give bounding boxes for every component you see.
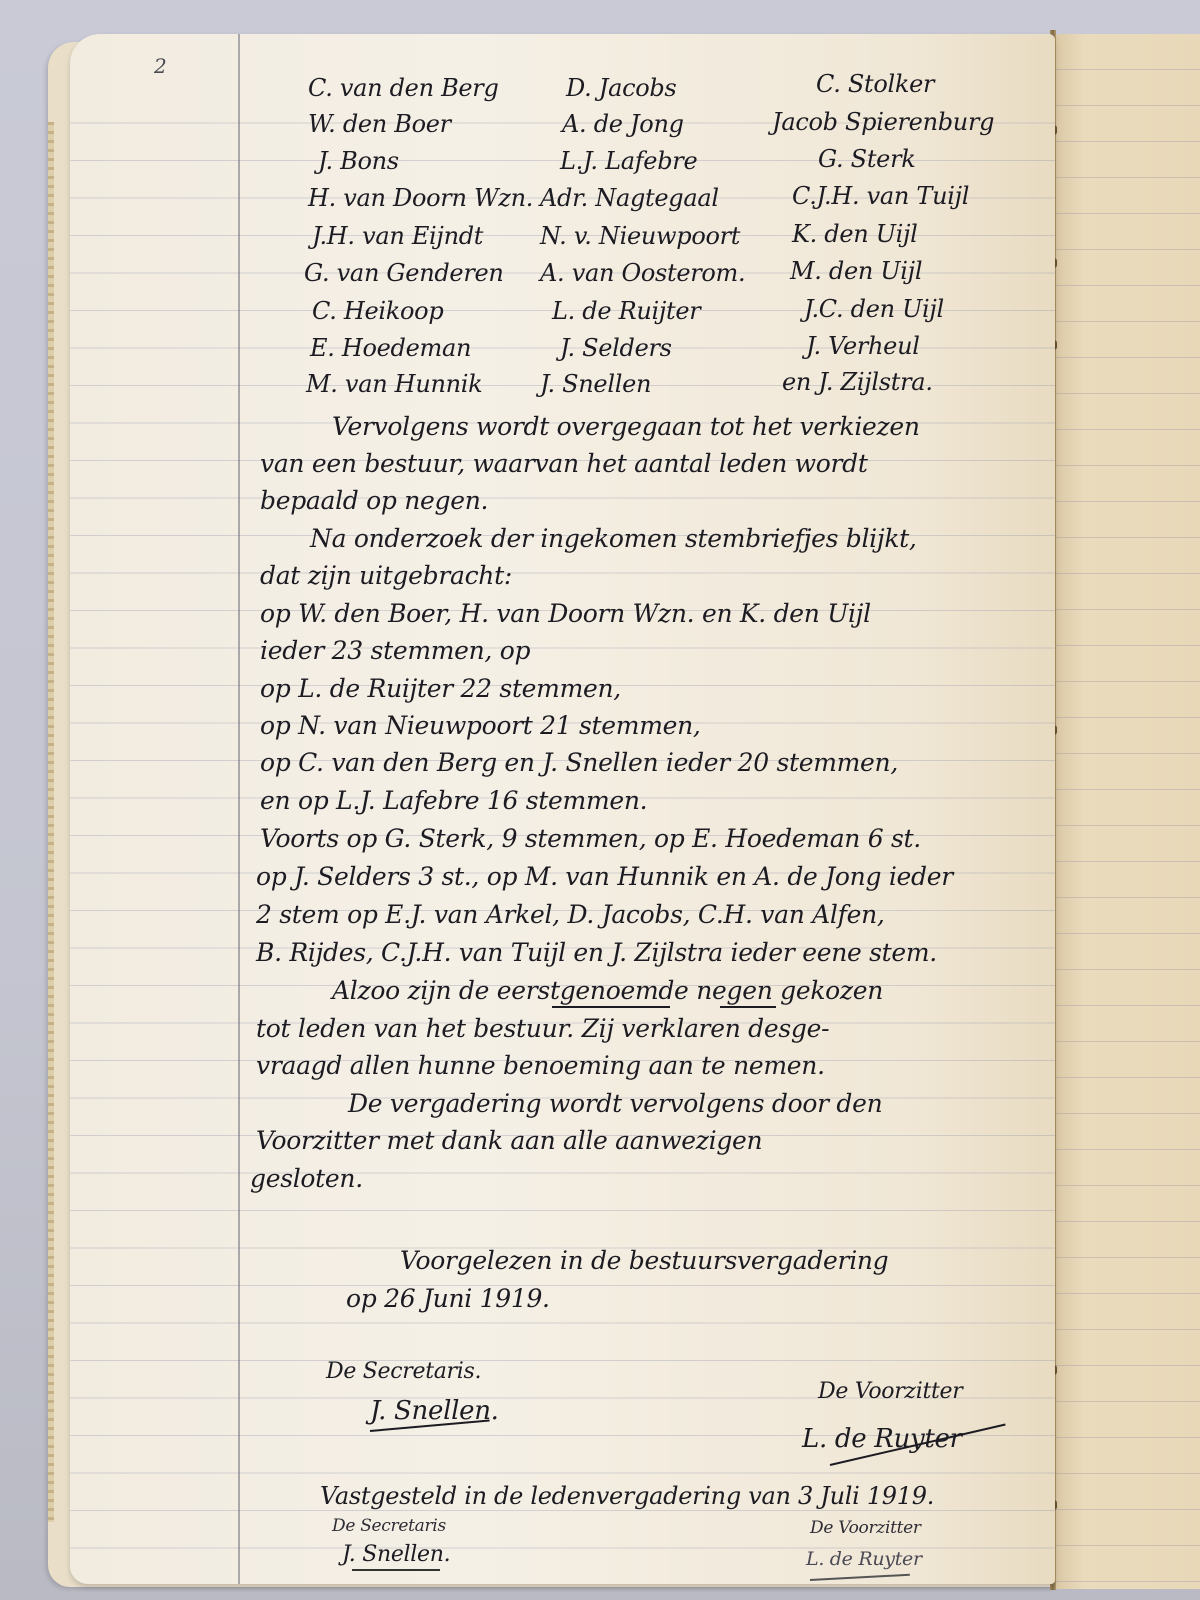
attendee-name: C. Heikoop xyxy=(312,297,443,325)
attendee-name: Adr. Nagtegaal xyxy=(540,184,719,212)
attendee-name: J. Bons xyxy=(318,147,399,175)
secretary-title: De Secretaris. xyxy=(326,1359,481,1384)
adoption-note: Vastgesteld in de ledenvergadering van 3… xyxy=(320,1482,934,1510)
attendee-name: A. de Jong xyxy=(562,110,684,138)
body-line: Voorts op G. Sterk, 9 stemmen, op E. Hoe… xyxy=(260,824,921,853)
page-number: 2 xyxy=(154,54,167,78)
ledger-page: 2 C. van den Berg W. den Boer J. Bons H.… xyxy=(70,34,1055,1584)
signature-underline xyxy=(352,1569,440,1571)
adoption-secretary-signature: J. Snellen. xyxy=(342,1542,450,1567)
body-line: Voorzitter met dank aan alle aanwezigen xyxy=(256,1126,762,1155)
attendee-name: J. Verheul xyxy=(806,332,920,360)
attendee-name: M. van Hunnik xyxy=(306,370,482,398)
body-line: bepaald op negen. xyxy=(260,486,488,515)
body-line: Vervolgens wordt overgegaan tot het verk… xyxy=(332,412,920,441)
attendee-name: A. van Oosterom. xyxy=(540,259,745,287)
attendee-name: M. den Uijl xyxy=(790,257,922,285)
attendee-name: G. van Genderen xyxy=(304,259,504,287)
attendee-name: C.J.H. van Tuijl xyxy=(792,182,969,210)
body-line: De vergadering wordt vervolgens door den xyxy=(348,1089,882,1118)
attendee-name: W. den Boer xyxy=(308,110,451,138)
body-line: en op L.J. Lafebre 16 stemmen. xyxy=(260,786,647,815)
read-note-line-1: Voorgelezen in de bestuursvergadering xyxy=(400,1246,888,1275)
underline-mark xyxy=(552,1006,670,1008)
body-line: Na onderzoek der ingekomen stembriefjes … xyxy=(310,524,917,553)
attendee-name: en J. Zijlstra. xyxy=(782,368,933,396)
attendee-name: C. Stolker xyxy=(816,70,934,98)
chairman-title: De Voorzitter xyxy=(818,1379,962,1404)
attendee-name: E. Hoedeman xyxy=(310,334,471,362)
body-line: op J. Selders 3 st., op M. van Hunnik en… xyxy=(256,862,953,891)
attendee-name: N. v. Nieuwpoort xyxy=(540,222,740,250)
body-line: vraagd allen hunne benoeming aan te neme… xyxy=(256,1051,825,1080)
body-line: gesloten. xyxy=(250,1164,363,1193)
attendee-name: Jacob Spierenburg xyxy=(772,108,994,136)
body-line: Alzoo zijn de eerstgenoemde negen gekoze… xyxy=(332,976,883,1005)
attendee-name: K. den Uijl xyxy=(792,220,918,248)
attendee-name: H. van Doorn Wzn. xyxy=(308,184,533,212)
attendee-name: G. Sterk xyxy=(818,145,915,173)
facing-page xyxy=(1052,34,1200,1589)
underline-mark xyxy=(720,1006,776,1008)
attendee-name: J.C. den Uijl xyxy=(804,295,944,323)
attendee-name: D. Jacobs xyxy=(566,74,676,102)
attendee-name: L. de Ruijter xyxy=(552,297,700,325)
body-line: op L. de Ruijter 22 stemmen, xyxy=(260,674,621,703)
body-line: op C. van den Berg en J. Snellen ieder 2… xyxy=(260,748,898,777)
adoption-chairman-signature: L. de Ruyter xyxy=(806,1548,922,1570)
adoption-chairman-title: De Voorzitter xyxy=(810,1518,921,1538)
body-line: dat zijn uitgebracht: xyxy=(260,561,512,590)
body-line: 2 stem op E.J. van Arkel, D. Jacobs, C.H… xyxy=(256,900,885,929)
read-note-date: op 26 Juni 1919. xyxy=(346,1284,550,1313)
body-line: op W. den Boer, H. van Doorn Wzn. en K. … xyxy=(260,599,871,628)
attendee-name: J. Snellen xyxy=(540,370,651,398)
body-line: B. Rijdes, C.J.H. van Tuijl en J. Zijlst… xyxy=(256,938,937,967)
body-line: op N. van Nieuwpoort 21 stemmen, xyxy=(260,711,701,740)
margin-line xyxy=(238,34,240,1584)
adoption-secretary-title: De Secretaris xyxy=(332,1516,446,1536)
attendee-name: J. Selders xyxy=(560,334,672,362)
attendee-name: C. van den Berg xyxy=(308,74,499,102)
body-line: ieder 23 stemmen, op xyxy=(260,636,530,665)
attendee-name: L.J. Lafebre xyxy=(560,147,697,175)
body-line: van een bestuur, waarvan het aantal lede… xyxy=(260,449,868,478)
attendee-name: J.H. van Eijndt xyxy=(312,222,483,250)
body-line: tot leden van het bestuur. Zij verklaren… xyxy=(256,1014,829,1043)
